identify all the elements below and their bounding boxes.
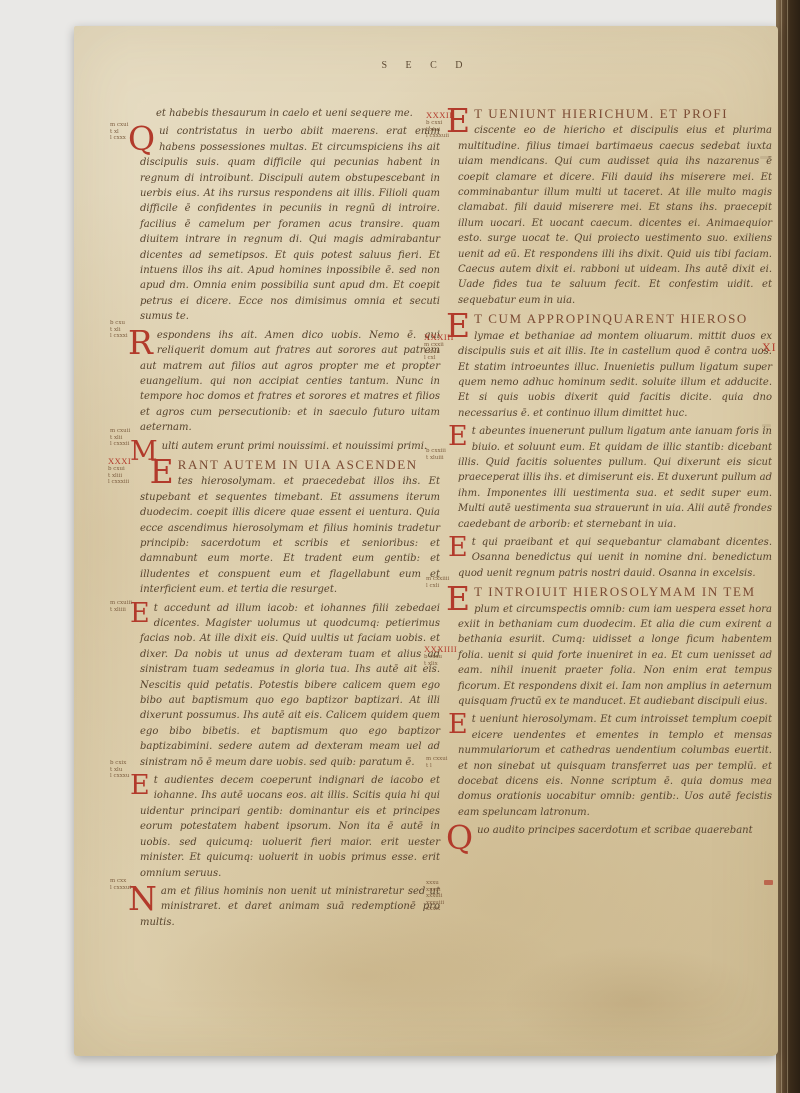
margin-canon-note: m cxuiit xliil cxxxii	[110, 428, 144, 448]
rubric-drop-cap: E	[448, 535, 468, 561]
canon-reference: t xlix	[424, 661, 458, 668]
canon-reference: l cxxx	[110, 135, 144, 142]
paragraph-text: et habebis thesaurum in caelo et ueni se…	[140, 106, 440, 121]
paragraph-text: t ueniunt hierosolymam. Et cum introisse…	[458, 714, 772, 817]
paragraph-text: t audientes decem coeperunt indignari de…	[140, 775, 440, 878]
rubric-drop-cap: E	[150, 457, 174, 487]
paragraph-text: t qui praeibant et qui sequebantur clama…	[458, 537, 772, 579]
margin-canon-note: XXXIb cxuit xliiil cxxxiii	[108, 456, 142, 486]
rubric-drop-cap: E	[448, 424, 468, 450]
margin-canon-note: XXXIIIm cxxiit xluiil cxl	[424, 332, 458, 362]
display-capitals: T UENIUNT HIERICHUM. ET PROFI	[474, 106, 728, 121]
paragraph-text: lymae et bethaniae ad montem oliuarum. m…	[458, 331, 772, 419]
manuscript-photo: S E C D et habebis thesaurum in caelo et…	[0, 0, 800, 1093]
canon-reference: t l	[426, 763, 460, 770]
canon-section-numeral: XXXIIII	[424, 644, 458, 654]
margin-canon-note: b cxixt xlul cxxxu	[110, 760, 144, 780]
margin-canon-note: m cxuit xll cxxx	[110, 122, 144, 142]
canon-reference: t xluiii	[426, 455, 460, 462]
canon-section-numeral: XXXIII	[424, 332, 458, 342]
manuscript-paragraph: Et abeuntes inuenerunt pullum ligatum an…	[458, 424, 772, 532]
display-capitals: T INTROIUIT HIEROSOLYMAM IN TEM	[474, 584, 756, 599]
canon-section-numeral: XXXII	[426, 110, 460, 120]
manuscript-page: S E C D et habebis thesaurum in caelo et…	[74, 26, 778, 1056]
canon-reference: l cxxxii	[110, 441, 144, 448]
paragraph-text: ciscente eo de hiericho et discipulis ei…	[458, 125, 772, 305]
manuscript-paragraph: ET CUM APPROPINQUARENT HIEROSOlymae et b…	[458, 311, 772, 421]
margin-canon-note: b cxut xlil cxxxi	[110, 320, 144, 340]
chapter-numeral: XI	[762, 340, 777, 355]
manuscript-paragraph: Quo audito principes sacerdotum et scrib…	[458, 823, 772, 838]
canon-reference: xxxix	[426, 906, 460, 913]
canon-reference: l cxxxi	[110, 333, 144, 340]
manuscript-paragraph: et habebis thesaurum in caelo et ueni se…	[140, 106, 440, 121]
canon-reference: l cxli	[426, 583, 460, 590]
manuscript-paragraph: Et ueniunt hierosolymam. Et cum introiss…	[458, 712, 772, 820]
margin-canon-note: xxxuxxxuixxxuiixxxuiiixxxix	[426, 880, 460, 913]
paragraph-text: tes hierosolymam. et praecedebat illos i…	[140, 476, 440, 595]
rubric-drop-cap: E	[448, 712, 468, 738]
running-title: S E C D	[74, 60, 778, 71]
paragraph-text: ui contristatus in uerbo abiit maerens. …	[140, 126, 440, 322]
canon-reference: l cxxxui	[110, 885, 144, 892]
paragraph-text: t abeuntes inuenerunt pullum ligatum ant…	[458, 426, 772, 529]
manuscript-paragraph: Multi autem erunt primi nouissimi. et no…	[140, 439, 440, 454]
paragraph-text: uo audito principes sacerdotum et scriba…	[477, 825, 753, 836]
margin-canon-note: XXXIIIIb cxxut xlix	[424, 644, 458, 667]
paragraph-text: espondens ihs ait. Amen dico uobis. Nemo…	[140, 330, 440, 433]
manuscript-paragraph: Et audientes decem coeperunt indignari d…	[140, 773, 440, 881]
edge-ink-mark	[762, 424, 771, 427]
manuscript-paragraph: Et accedunt ad illum iacob: et iohannes …	[140, 601, 440, 770]
margin-canon-note: m cxxl cxxxui	[110, 878, 144, 891]
edge-ink-mark	[760, 156, 770, 159]
manuscript-paragraph: ET UENIUNT HIERICHUM. ET PROFIciscente e…	[458, 106, 772, 308]
parchment-stain	[504, 946, 764, 1056]
canon-reference: t xliiii	[110, 607, 144, 614]
display-capitals: T CUM APPROPINQUARENT HIEROSO	[474, 311, 748, 326]
text-column-left: et habebis thesaurum in caelo et ueni se…	[140, 106, 440, 933]
paragraph-text: ulti autem erunt primi nouissimi. et nou…	[162, 441, 427, 452]
canon-reference: l cxl	[424, 355, 458, 362]
paragraph-text: am et filius hominis non uenit ut minist…	[140, 886, 440, 928]
rubric-drop-cap: Q	[446, 823, 473, 853]
manuscript-paragraph: Qui contristatus in uerbo abiit maerens.…	[140, 124, 440, 324]
margin-canon-note: m cxuiiit xliiii	[110, 600, 144, 613]
manuscript-paragraph: Et qui praeibant et qui sequebantur clam…	[458, 535, 772, 581]
book-fore-edge	[776, 0, 800, 1093]
canon-reference: l cxxxu	[110, 773, 144, 780]
paragraph-text: plum et circumspectis omnib: cum iam ues…	[458, 604, 772, 707]
manuscript-paragraph: Nam et filius hominis non uenit ut minis…	[140, 884, 440, 930]
manuscript-paragraph: ERANT AUTEM IN UIA ASCENDENtes hierosoly…	[140, 457, 440, 598]
paragraph-text: t accedunt ad illum iacob: et iohannes f…	[140, 603, 440, 768]
margin-canon-note: b cxxiiit xluiii	[426, 448, 460, 461]
margin-canon-note: m cxxuit l	[426, 756, 460, 769]
leaf-edge-line	[787, 0, 788, 1093]
display-capitals: RANT AUTEM IN UIA ASCENDEN	[178, 457, 418, 472]
edge-red-mark	[764, 880, 773, 885]
margin-canon-note: m cxxiiiil cxli	[426, 576, 460, 589]
canon-section-numeral: XXXI	[108, 456, 142, 466]
manuscript-paragraph: Respondens ihs ait. Amen dico uobis. Nem…	[140, 328, 440, 436]
margin-canon-note: XXXIIb cxxit xluil cxxxuii	[426, 110, 460, 140]
canon-reference: l cxxxuii	[426, 133, 460, 140]
manuscript-paragraph: ET INTROIUIT HIEROSOLYMAM IN TEMplum et …	[458, 584, 772, 709]
leaf-edge-line	[781, 0, 782, 1093]
canon-reference: l cxxxiii	[108, 479, 142, 486]
text-column-right: ET UENIUNT HIERICHUM. ET PROFIciscente e…	[458, 106, 772, 853]
